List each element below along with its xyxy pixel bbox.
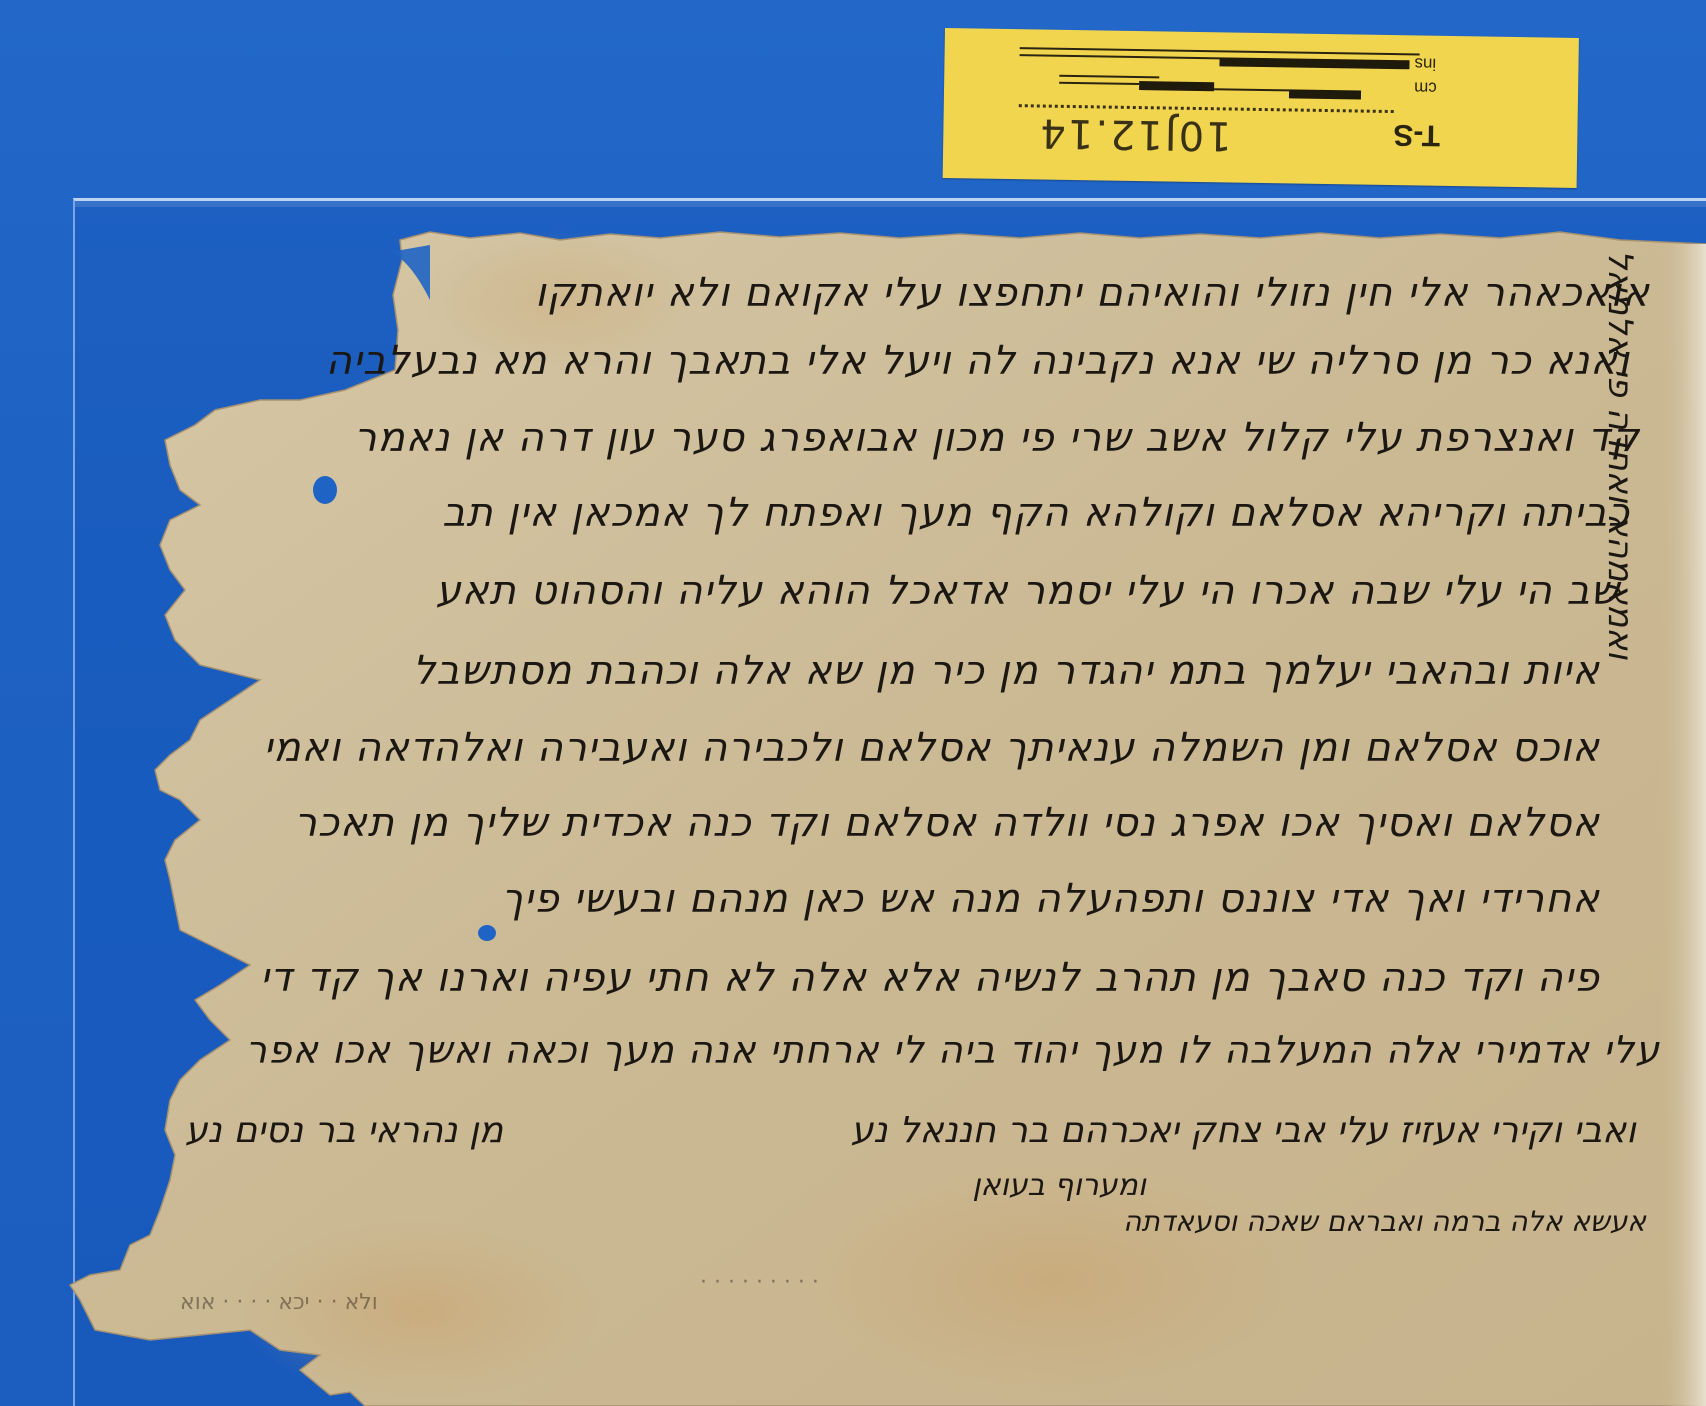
text-line: אואכאהר אלי חין נזולי והואיהם יתחפצו עלי… xyxy=(535,270,1650,316)
hole xyxy=(313,476,337,504)
signature-left: מן נהראי בר נסים נע xyxy=(185,1110,503,1151)
text-line: אוכס אסלאם ומן השמלה ענאיתך אסלאם ולכביר… xyxy=(263,725,1600,771)
text-line: פיה וקד כנה סאבך מן תהרב לנשיה אלא אלה ל… xyxy=(260,955,1600,1001)
text-line: ואנא כר מן סרליה שי אנא נקבינה לה ויעל א… xyxy=(326,338,1630,384)
signature-right-3: אעשא אלה ברמה ואבראם שאכה וסעאדתה xyxy=(1123,1205,1646,1238)
margin-note: ואמאמהא ואחדה פי אלמאל xyxy=(1600,250,1640,659)
manuscript-fragment xyxy=(0,0,1706,1406)
text-line: כביתה וקריהא אסלאם וקולהא הקף מעך ואפתח … xyxy=(442,490,1630,536)
text-line: אחרידי ואך אדי צוננס ותפהעלה מנה אש כאן … xyxy=(501,876,1600,922)
text-line: קד ואנצרפת עלי קלול אשב שרי פי מכון אבוא… xyxy=(354,415,1640,461)
signature-right-1: ואבי וקירי אעזיז עלי אבי צחק יאכרהם בר ח… xyxy=(851,1110,1636,1151)
text-line: שב הי עלי שבה אכרו הי עלי יסמר אדאכל הוה… xyxy=(436,568,1620,614)
faded-text: ולא · · יכא · · · · אוא xyxy=(180,1290,378,1315)
faded-text: · · · · · · · · · xyxy=(700,1270,819,1295)
signature-right-2: ומערוף בעואן xyxy=(972,1168,1146,1203)
hole xyxy=(478,925,496,941)
text-line: אסלאם ואסיך אכו אפרג נסי וולדה אסלאם וקד… xyxy=(294,800,1600,846)
text-line: איות ובהאבי יעלמך בתמ יהגדר מן כיר מן שא… xyxy=(413,648,1600,694)
text-line: עלי אדמירי אלה המעלבה לו מעך יהוד ביה לי… xyxy=(245,1028,1660,1072)
